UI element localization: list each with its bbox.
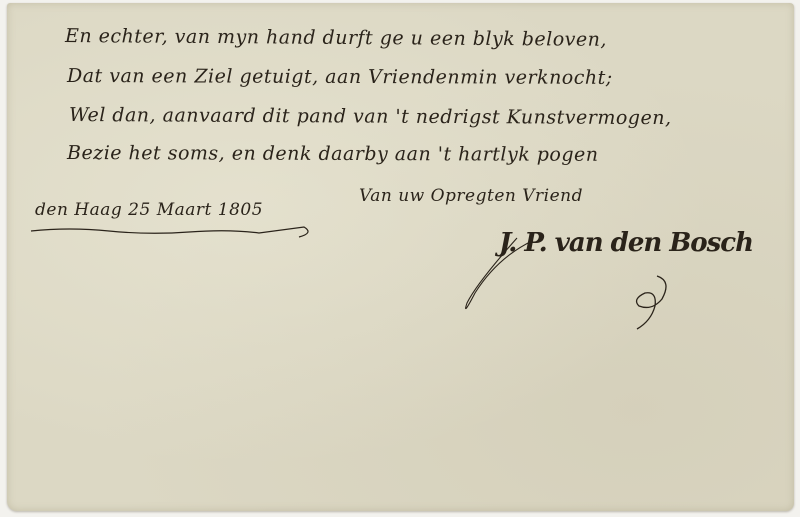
closing-line: Van uw Opregten Vriend — [359, 186, 583, 206]
date-underline-flourish-icon — [29, 221, 319, 241]
signature-monogram-icon — [627, 271, 677, 331]
date-line: den Haag 25 Maart 1805 — [35, 200, 263, 220]
signature-flourish-icon — [457, 223, 717, 333]
letter-paper: En echter, van myn hand durft ge u een b… — [7, 3, 794, 511]
text-line-4: Bezie het soms, en denk daarby aan 't ha… — [67, 142, 599, 166]
text-line-3: Wel dan, aanvaard dit pand van 't nedrig… — [69, 104, 672, 129]
text-line-2: Dat van een Ziel getuigt, aan Vriendenmi… — [67, 65, 613, 89]
text-line-1: En echter, van myn hand durft ge u een b… — [65, 25, 607, 51]
